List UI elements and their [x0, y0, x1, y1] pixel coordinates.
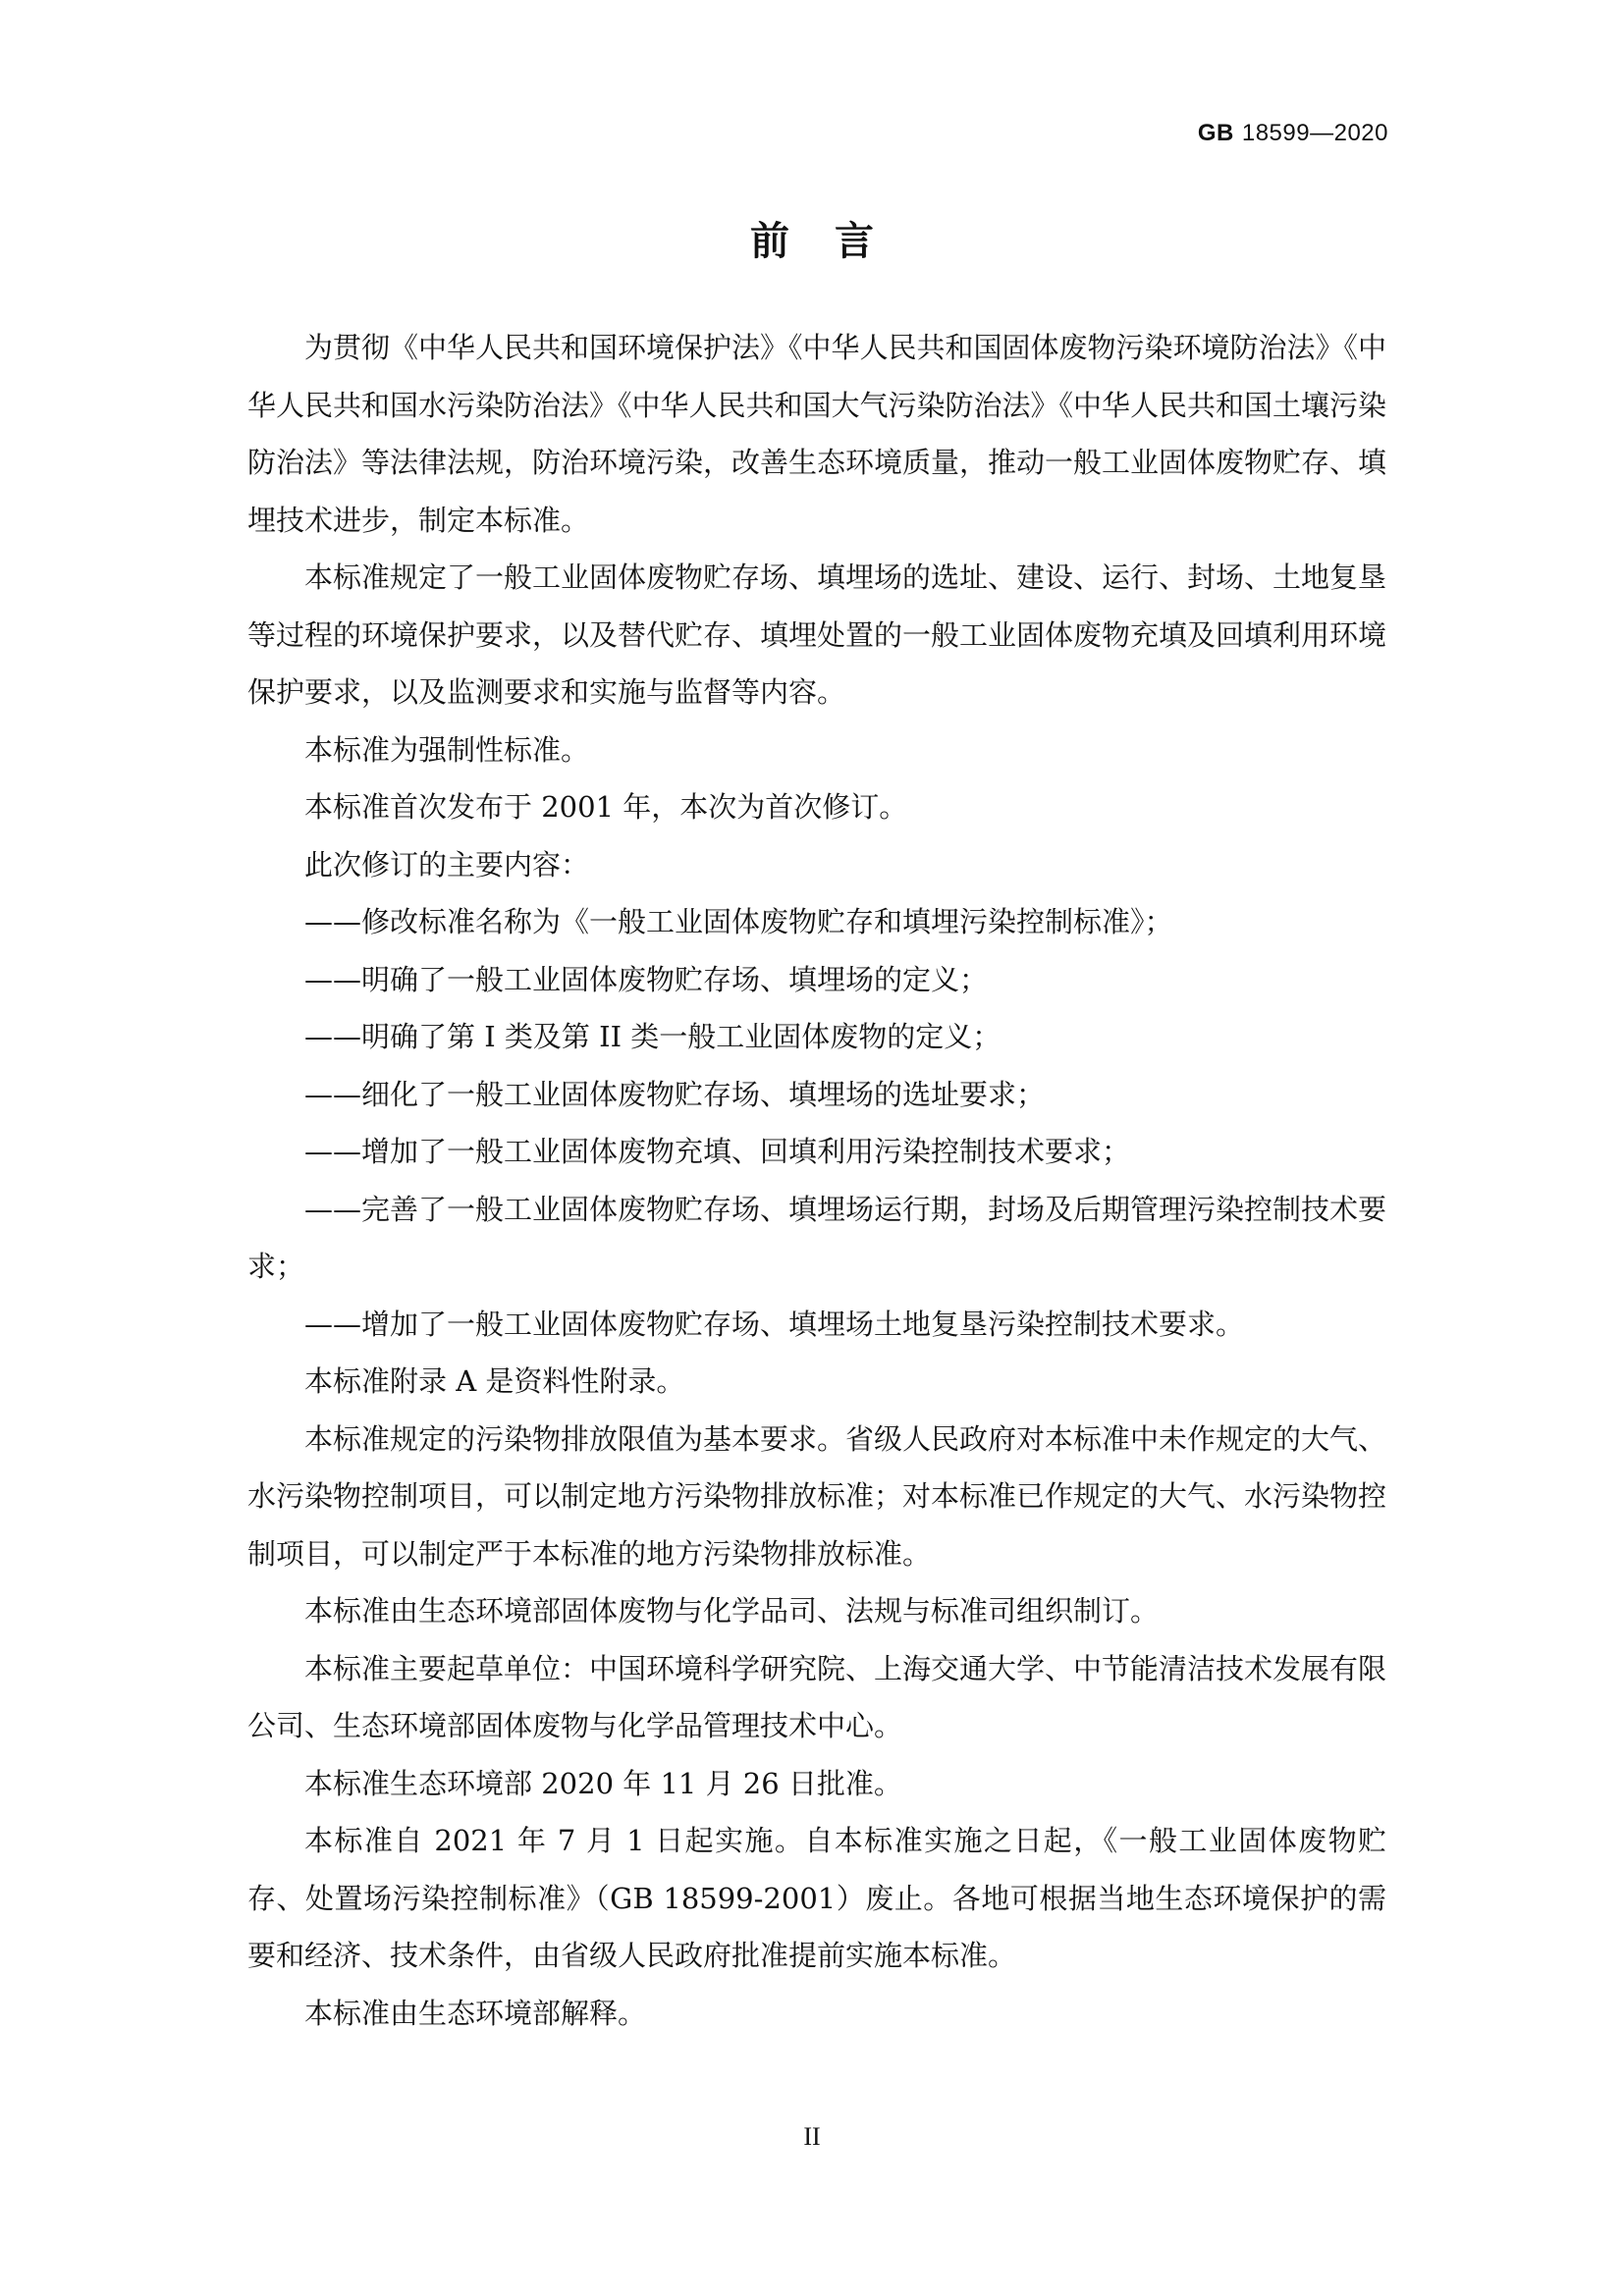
- paragraph-appendix: 本标准附录 A 是资料性附录。: [247, 1353, 1386, 1411]
- page-title: 前言: [0, 210, 1624, 266]
- paragraph-purpose: 为贯彻《中华人民共和国环境保护法》《中华人民共和国固体废物污染环境防治法》《中华…: [247, 319, 1386, 549]
- standard-code-header: GB18599—2020: [1198, 120, 1388, 147]
- paragraph-organizer: 本标准由生态环境部固体废物与化学品司、法规与标准司组织制订。: [247, 1582, 1386, 1640]
- paragraph-approval: 本标准生态环境部 2020 年 11 月 26 日批准。: [247, 1755, 1386, 1813]
- paragraph-revision-intro: 此次修订的主要内容：: [247, 836, 1386, 894]
- revision-item: ——增加了一般工业固体废物充填、回填利用污染控制技术要求；: [247, 1123, 1386, 1181]
- revision-item: ——完善了一般工业固体废物贮存场、填埋场运行期，封场及后期管理污染控制技术要求；: [247, 1181, 1386, 1296]
- page-number: II: [0, 2122, 1624, 2152]
- paragraph-mandatory: 本标准为强制性标准。: [247, 721, 1386, 779]
- revision-item: ——明确了一般工业固体废物贮存场、填埋场的定义；: [247, 951, 1386, 1009]
- revision-item: ——明确了第 I 类及第 II 类一般工业固体废物的定义；: [247, 1008, 1386, 1066]
- foreword-body: 为贯彻《中华人民共和国环境保护法》《中华人民共和国固体废物污染环境防治法》《中华…: [247, 319, 1386, 2042]
- paragraph-implementation: 本标准自 2021 年 7 月 1 日起实施。自本标准实施之日起，《一般工业固体…: [247, 1812, 1386, 1985]
- standard-prefix: GB: [1198, 120, 1234, 146]
- paragraph-emission-limits: 本标准规定的污染物排放限值为基本要求。省级人民政府对本标准中未作规定的大气、水污…: [247, 1411, 1386, 1583]
- standard-number: 18599—2020: [1242, 120, 1388, 146]
- revision-item: ——修改标准名称为《一般工业固体废物贮存和填埋污染控制标准》；: [247, 893, 1386, 951]
- paragraph-interpretation: 本标准由生态环境部解释。: [247, 1985, 1386, 2043]
- revision-item: ——细化了一般工业固体废物贮存场、填埋场的选址要求；: [247, 1066, 1386, 1124]
- paragraph-drafters: 本标准主要起草单位：中国环境科学研究院、上海交通大学、中节能清洁技术发展有限公司…: [247, 1640, 1386, 1755]
- paragraph-history: 本标准首次发布于 2001 年，本次为首次修订。: [247, 778, 1386, 836]
- revision-item: ——增加了一般工业固体废物贮存场、填埋场土地复垦污染控制技术要求。: [247, 1296, 1386, 1354]
- paragraph-scope: 本标准规定了一般工业固体废物贮存场、填埋场的选址、建设、运行、封场、土地复垦等过…: [247, 549, 1386, 721]
